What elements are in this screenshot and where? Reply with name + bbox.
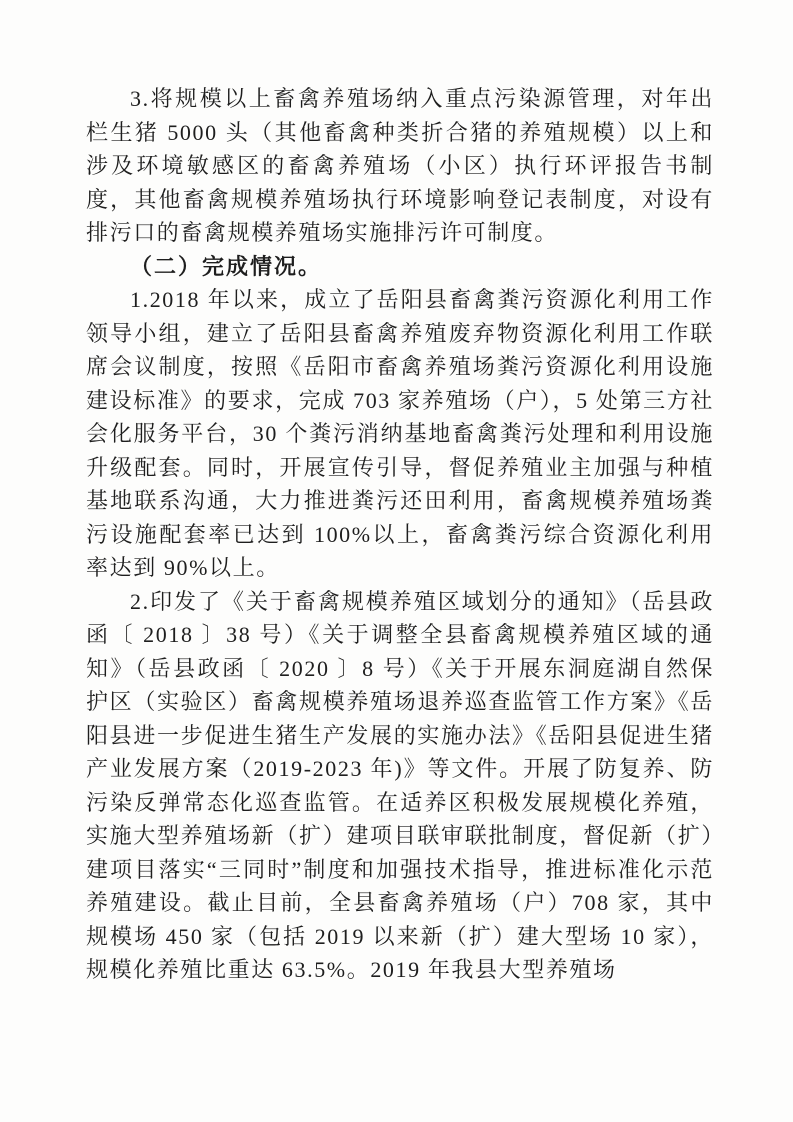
document-text-block: 3.将规模以上畜禽养殖场纳入重点污染源管理，对年出栏生猪 5000 头（其他畜禽… xyxy=(86,82,714,987)
paragraph-regulation-item-3: 3.将规模以上畜禽养殖场纳入重点污染源管理，对年出栏生猪 5000 头（其他畜禽… xyxy=(86,82,714,250)
paragraph-completion-item-1: 1.2018 年以来，成立了岳阳县畜禽粪污资源化利用工作领导小组，建立了岳阳县畜… xyxy=(86,283,714,585)
section-heading-completion-status: （二）完成情况。 xyxy=(86,250,714,284)
paragraph-completion-item-2: 2.印发了《关于畜禽规模养殖区域划分的通知》（岳县政函〔 2018 〕38 号）… xyxy=(86,585,714,987)
document-page: 3.将规模以上畜禽养殖场纳入重点污染源管理，对年出栏生猪 5000 头（其他畜禽… xyxy=(0,0,793,1122)
